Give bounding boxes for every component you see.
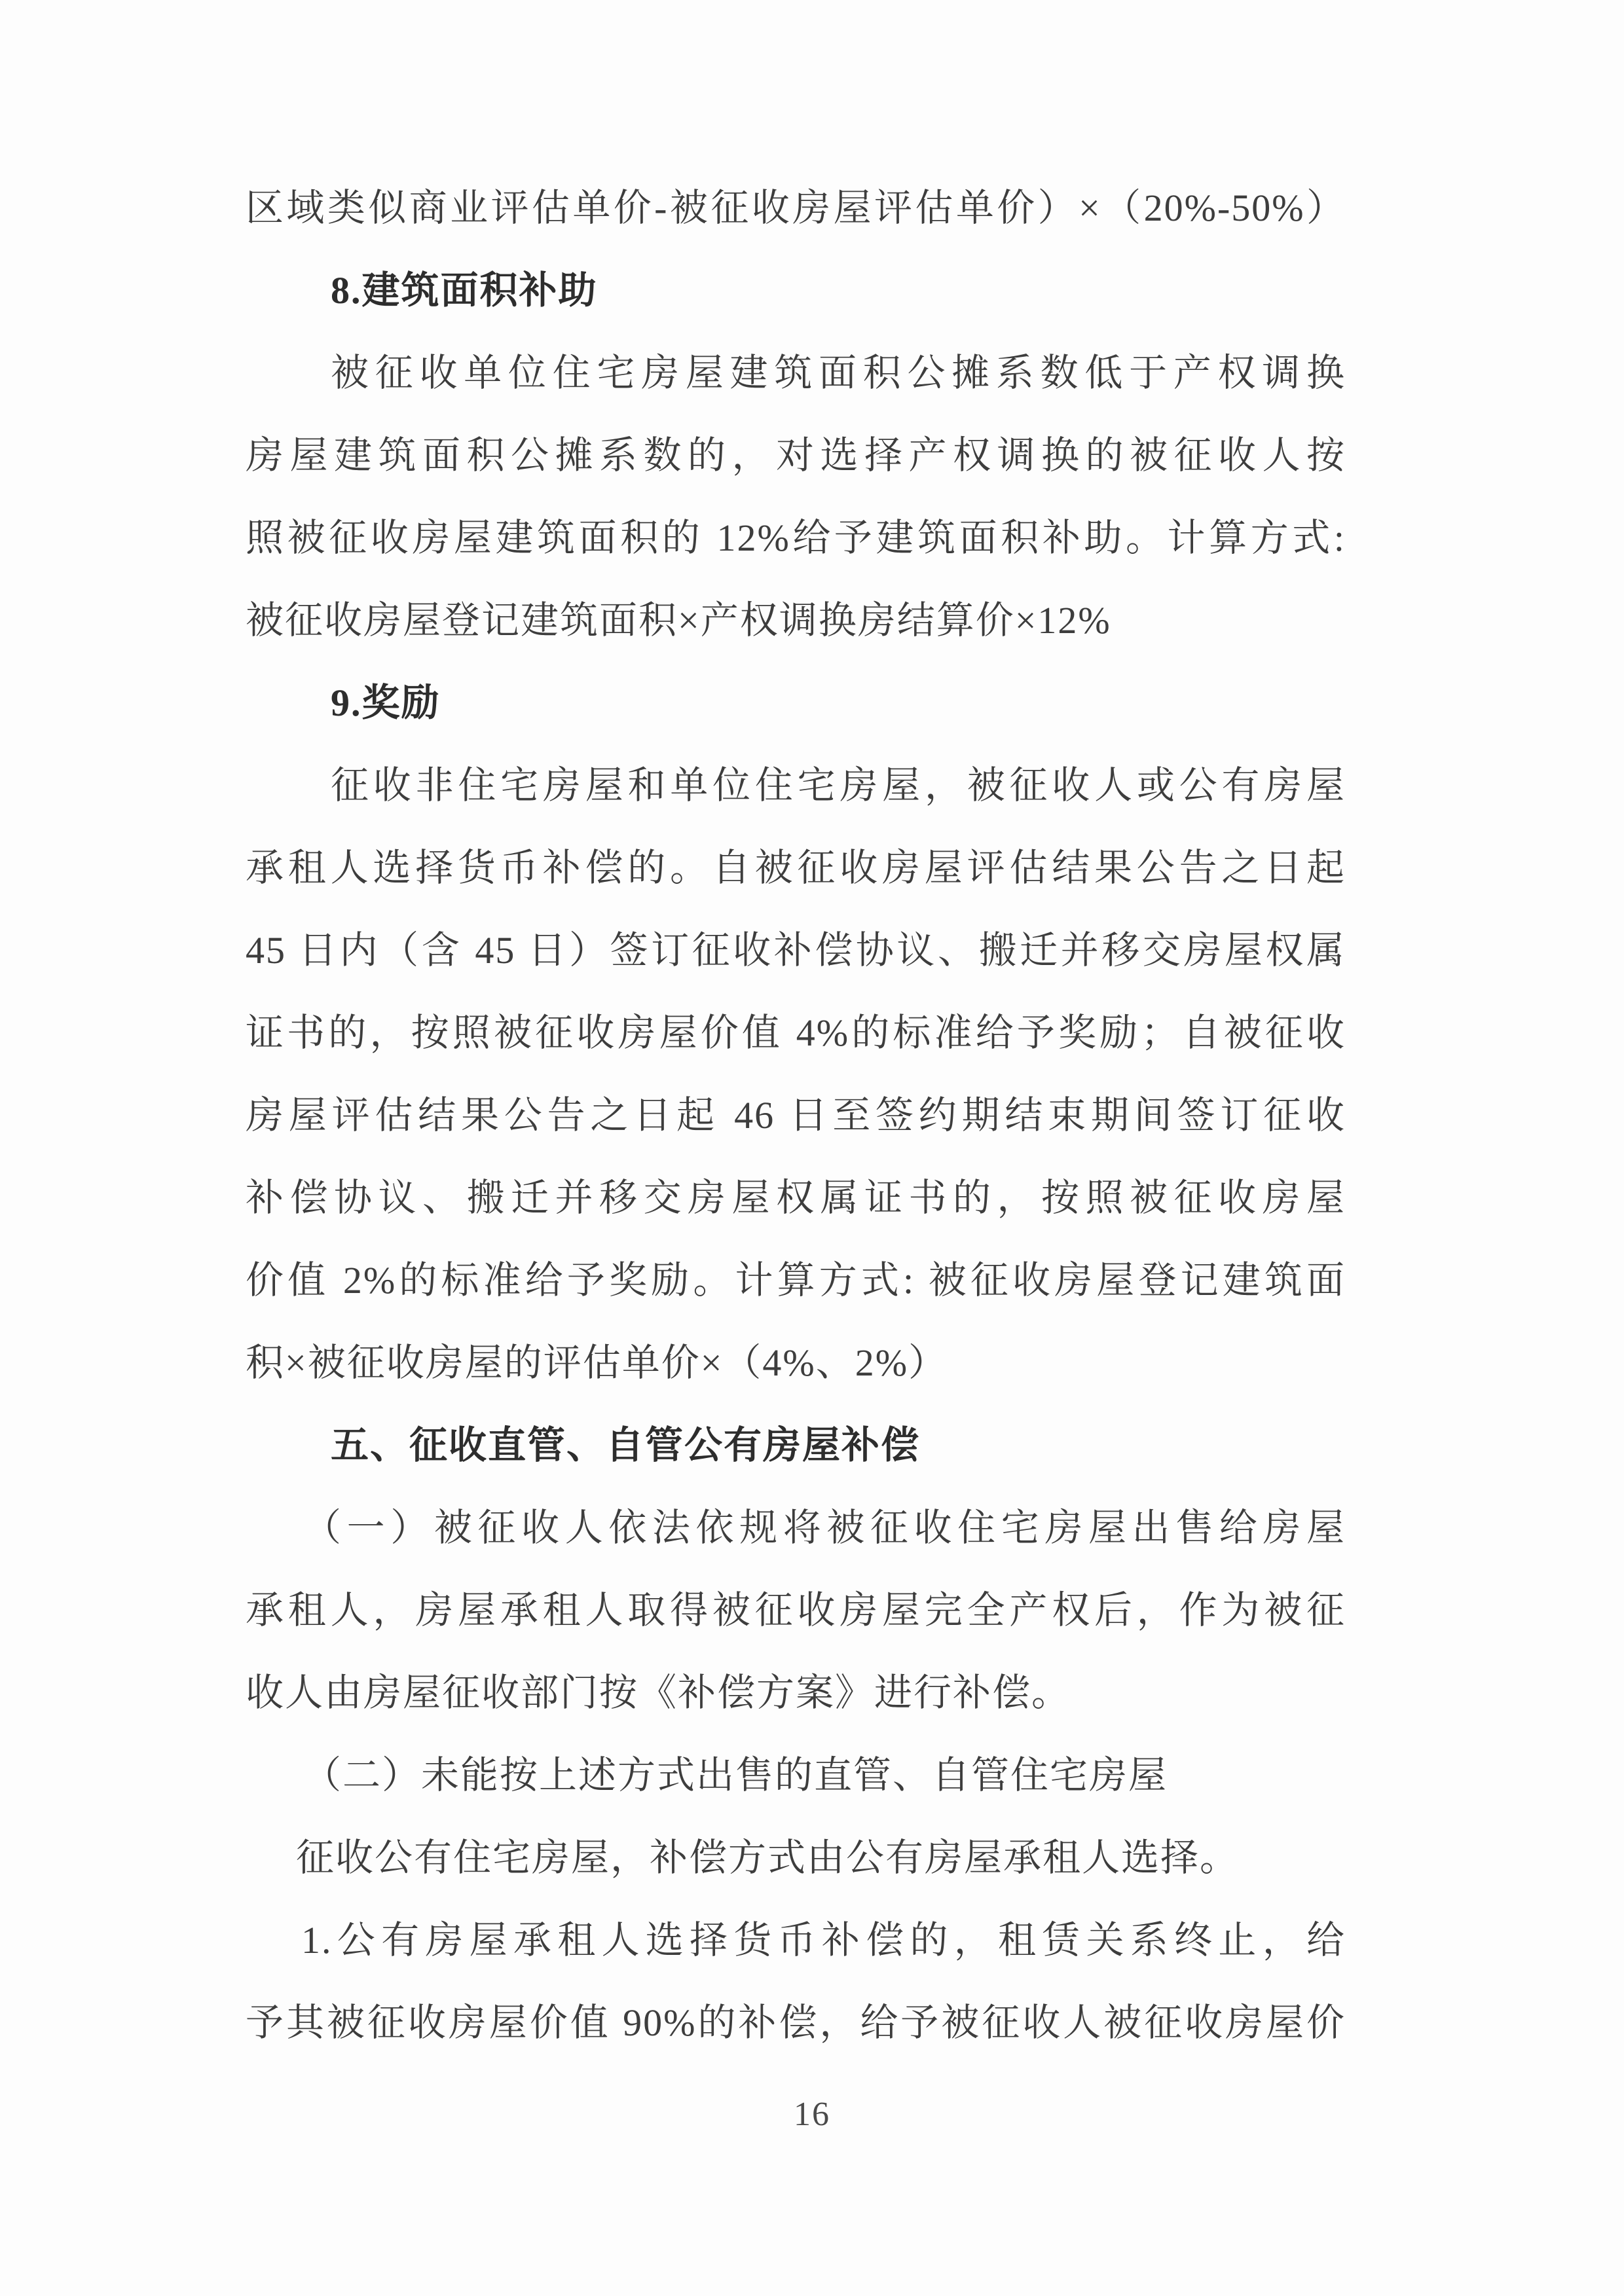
text-line: 45 日内（含 45 日）签订征收补偿协议、搬迁并移交房屋权属 [246,909,1346,992]
text-line-item-2: （二）未能按上述方式出售的直管、自管住宅房屋 [246,1734,1346,1817]
heading-reward: 9.奖励 [246,662,1346,744]
text-line: 补偿协议、搬迁并移交房屋权属证书的，按照被征收房屋 [246,1157,1346,1239]
page-number: 16 [0,2095,1624,2134]
text-line: 价值 2%的标准给予奖励。计算方式: 被征收房屋登记建筑面 [246,1239,1346,1322]
text-line-list-item-1: 1.公有房屋承租人选择货币补偿的，租赁关系终止，给 [246,1899,1346,1982]
text-line-item-1: （一）被征收人依法依规将被征收住宅房屋出售给房屋 [246,1487,1346,1569]
text-line-formula: 积×被征收房屋的评估单价×（4%、2%） [246,1322,1346,1404]
text-line: 被征收单位住宅房屋建筑面积公摊系数低于产权调换 [246,332,1346,414]
text-line: 征收非住宅房屋和单位住宅房屋，被征收人或公有房屋 [246,744,1346,827]
text-line: 承租人选择货币补偿的。自被征收房屋评估结果公告之日起 [246,827,1346,909]
text-line-formula: 被征收房屋登记建筑面积×产权调换房结算价×12% [246,579,1346,662]
text-line-formula-continuation: 区域类似商业评估单价-被征收房屋评估单价）×（20%-50%） [246,167,1346,249]
heading-building-area-subsidy: 8.建筑面积补助 [246,249,1346,332]
text-line: 予其被征收房屋价值 90%的补偿，给予被征收人被征收房屋价 [246,1982,1346,2064]
text-line: 房屋评估结果公告之日起 46 日至签约期结束期间签订征收 [246,1074,1346,1157]
text-line: 征收公有住宅房屋，补偿方式由公有房屋承租人选择。 [246,1817,1346,1899]
document-body: 区域类似商业评估单价-被征收房屋评估单价）×（20%-50%） 8.建筑面积补助… [246,167,1346,2064]
text-line: 照被征收房屋建筑面积的 12%给予建筑面积补助。计算方式: [246,497,1346,579]
text-line: 承租人，房屋承租人取得被征收房屋完全产权后，作为被征 [246,1569,1346,1652]
document-page: 区域类似商业评估单价-被征收房屋评估单价）×（20%-50%） 8.建筑面积补助… [0,0,1624,2296]
heading-section-5-public-housing-compensation: 五、征收直管、自管公有房屋补偿 [246,1404,1346,1487]
text-line: 房屋建筑面积公摊系数的，对选择产权调换的被征收人按 [246,414,1346,497]
text-line: 收人由房屋征收部门按《补偿方案》进行补偿。 [246,1652,1346,1734]
text-line: 证书的，按照被征收房屋价值 4%的标准给予奖励；自被征收 [246,992,1346,1074]
